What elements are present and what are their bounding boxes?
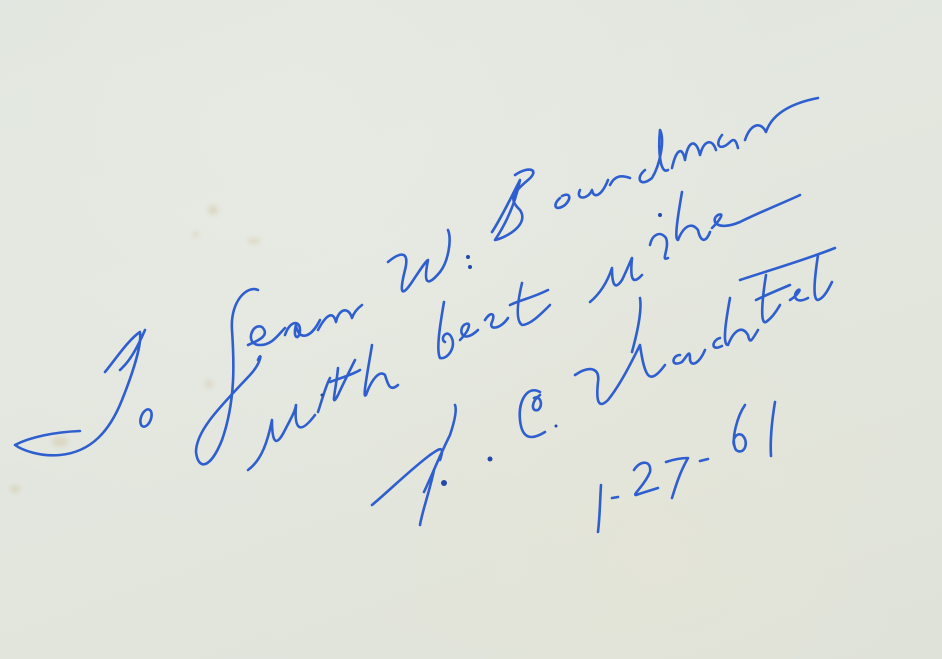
word-to <box>15 330 154 455</box>
signature-c <box>520 390 558 437</box>
word-best <box>438 283 550 358</box>
paper-background: To Jean W. Boardman with best wishes H. … <box>0 0 942 659</box>
date-written <box>598 402 775 532</box>
word-w <box>388 230 472 291</box>
signature-wachtel <box>575 248 835 404</box>
word-boardman <box>492 98 818 240</box>
signature-h <box>372 405 493 525</box>
word-wishes <box>590 192 800 302</box>
handwriting <box>0 0 942 659</box>
word-with <box>248 345 398 470</box>
